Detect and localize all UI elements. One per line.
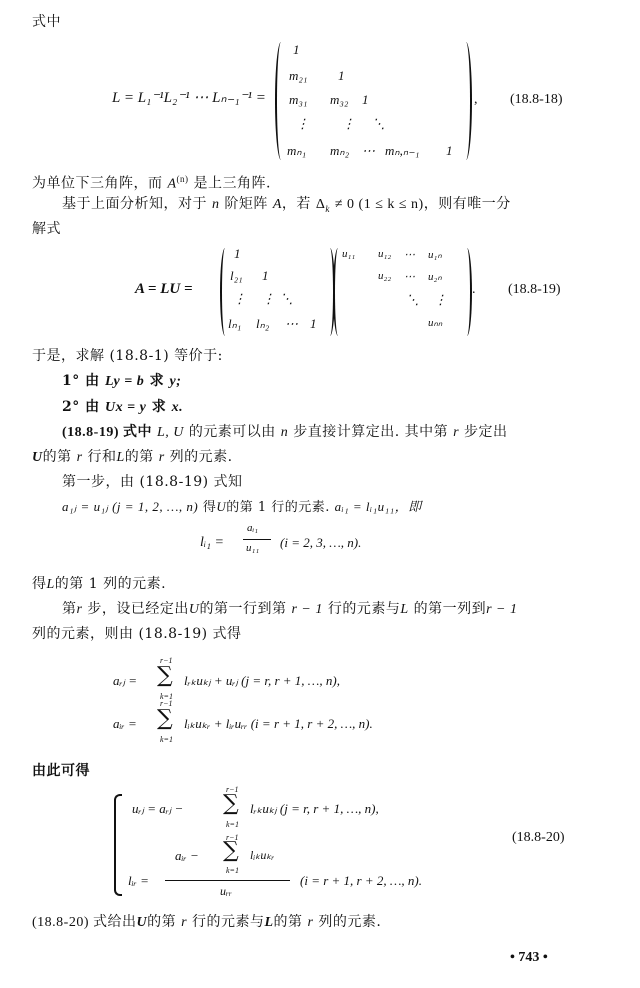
sum-symbol: ∑ [223,791,239,816]
fraction-denominator: u₁₁ [246,542,259,554]
math: L [47,577,55,592]
text: 2° 由 [62,399,100,415]
matrix-cell: lₙ₁ [228,316,241,332]
matrix-cell: 1 [293,42,300,58]
sum-symbol: ∑ [157,706,173,731]
math: r − 1 [291,602,322,617]
matrix-cell: ⋱ [372,116,385,132]
matrix-cell: u₂ₙ [428,270,442,283]
math: U [189,602,200,617]
matrix-cell: m₃₂ [330,92,348,108]
text: 的第 1 列的元素. [55,576,166,592]
equation-rhs: lᵣₖuₖⱼ (j = r, r + 1, …, n), [250,801,379,817]
text-line: 2° 由 Ux = y 求 x. [62,398,183,417]
matrix-cell: m₂₁ [289,68,307,84]
fraction-bar [243,539,271,540]
text: 得 [203,500,217,515]
matrix-cell: ⋯ [285,316,298,332]
math: n [281,425,289,440]
math: L [116,450,124,465]
equation-lhs: lᵢᵣ = [128,873,149,889]
text: 的第一列到 [414,601,487,617]
text: 行和 [87,449,116,465]
math: Ux = y [105,400,146,415]
text: 的第 [147,914,176,930]
text: 为单位下三角阵，而 [32,176,163,192]
text: 行的元素与 [328,601,401,617]
matrix-cell: 1 [362,92,369,108]
text-line: 式中 [32,13,61,31]
text: 行的元素与 [192,914,265,930]
text: 基于上面分析知，对于 [62,196,207,212]
text-line: (18.8-19) 式中 L, U 的元素可以由 n 步直接计算定出. 其中第 … [62,423,507,442]
text-line: 基于上面分析知，对于 n 阶矩阵 A，若 Δk ≠ 0 (1 ≤ k ≤ n)，… [62,195,511,218]
math: x. [172,400,184,415]
equation-lhs: uᵣⱼ = aᵣⱼ − [132,801,183,817]
text: 求 [152,399,167,415]
matrix-cell: ⋮ [296,116,309,132]
math: U [137,915,148,930]
matrix-cell: u₁ₙ [428,248,442,261]
text-line: 第r 步，设已经定出U的第一行到第 r − 1 行的元素与L 的第一列到r − … [62,600,518,619]
page-number: • 743 • [510,950,548,966]
matrix-cell: uₙₙ [428,316,442,329]
text: 阶矩阵 [224,196,268,212]
text-line: 由此可得 [32,762,90,780]
text-line: 1° 由 Ly = b 求 y; [62,372,181,391]
text-line: 解式 [32,220,61,238]
text-line: (18.8-20) 式给出U的第 r 行的元素与L的第 r 列的元素. [32,913,381,932]
matrix-cell: ⋱ [280,291,293,307]
matrix-cell: ⋮ [434,292,447,308]
math: r [453,425,459,440]
text: ，若 [282,196,311,212]
sum-symbol: ∑ [157,663,173,688]
equation-condition: (i = 2, 3, …, n). [280,535,361,551]
sum-lower: k=1 [160,735,173,744]
math: r [77,602,83,617]
math: r [77,450,83,465]
fraction-bar [165,880,290,881]
matrix-cell: 1 [234,246,241,262]
math: r − 1 [486,602,517,617]
equation-lhs: lᵢ₁ = [200,535,224,551]
text: 的第 [274,914,303,930]
matrix-cell: ⋯ [404,248,415,261]
text: 的元素可以由 [189,424,276,440]
matrix-cell: 1 [338,68,345,84]
math: y; [169,374,181,389]
text: 求 [150,373,165,389]
math: A [167,177,176,192]
equation-rhs: lᵢₖuₖᵣ + lᵢᵣuᵣᵣ (i = r + 1, r + 2, …, n)… [184,716,373,732]
math: aᵢ₁ = lᵢ₁u₁₁，即 [335,499,422,514]
left-paren [333,248,343,336]
text-line: 于是，求解 (18.8-1) 等价于: [32,347,223,365]
matrix-cell: ⋯ [362,143,375,159]
text-line: 得L的第 1 列的元素. [32,575,166,594]
equation-rhs: lᵣₖuₖⱼ + uᵣⱼ (j = r, r + 1, …, n), [184,673,340,689]
equation-lhs: aᵣⱼ = [113,673,137,689]
equation-lhs: L = L₁⁻¹L₂⁻¹ ⋯ Lₙ₋₁⁻¹ = [112,88,266,107]
sum-symbol: ∑ [223,838,239,863]
left-brace [114,794,122,896]
matrix-cell: ⋱ [406,292,419,308]
text: 是上三角阵. [193,176,270,192]
math: L [264,915,273,930]
math: A [273,197,282,212]
text: 1° 由 [62,373,100,389]
matrix-cell: ⋮ [262,291,275,307]
matrix-cell: ⋮ [233,291,246,307]
math: n [212,197,220,212]
sum-lower: k=1 [226,820,239,829]
math: r [308,915,314,930]
matrix-cell: mₙ,ₙ₋₁ [385,143,419,159]
math: a₁ⱼ = u₁ⱼ (j = 1, 2, …, n) [62,499,198,514]
matrix-cell: ⋯ [404,270,415,283]
text: 的第 [43,449,72,465]
text: 得 [32,576,47,592]
equation-number: (18.8-20) [512,830,565,846]
equation-number: (18.8-19) [508,282,561,298]
text-line: a₁ⱼ = u₁ⱼ (j = 1, 2, …, n) 得U的第 1 行的元素. … [62,498,422,517]
text: 列的元素. [318,914,381,930]
math: (n) [177,174,189,184]
fraction-numerator: aᵢᵣ − [175,848,199,864]
matrix-cell: 1 [262,268,269,284]
equation-punct: . [472,282,476,298]
equation-lhs: A = LU = [135,281,193,298]
matrix-cell: m₃₁ [289,92,307,108]
text: 步定出 [464,424,508,440]
text: 步直接计算定出. 其中第 [293,424,448,440]
right-paren [462,248,472,336]
matrix-cell: l₂₁ [230,268,243,284]
text: 步，设已经定出 [87,601,189,617]
matrix-cell: u₂₂ [378,270,391,282]
equation-punct: , [474,92,478,108]
equation-number: (18.8-18) [510,92,563,108]
matrix-cell: 1 [446,143,453,159]
matrix-cell: mₙ₁ [287,143,306,159]
text: (18.8-20) 式给出 [32,915,137,930]
text-line: 列的元素，则由 (18.8-19) 式得 [32,625,242,643]
math: U [32,450,43,465]
text: 列的元素. [170,449,233,465]
math: L [400,602,408,617]
text: (18.8-19) 式中 [62,425,152,440]
math: Ly = b [105,374,144,389]
sum-lower: k=1 [226,866,239,875]
left-paren [275,42,287,160]
fraction-numerator: aᵢ₁ [247,522,258,534]
matrix-cell: u₁₂ [378,248,391,260]
text: 第 [62,601,77,617]
text: 的第 1 行的元素. [226,500,330,515]
matrix-cell: mₙ₂ [330,143,349,159]
right-paren [460,42,472,160]
fraction-numerator: lᵢₖuₖᵣ [250,848,274,863]
matrix-cell: u₁₁ [342,248,355,260]
math: r [181,915,187,930]
matrix-cell: 1 [310,316,317,332]
equation-condition: (i = r + 1, r + 2, …, n). [300,873,422,889]
text: 的第一行到第 [200,601,287,617]
fraction-denominator: uᵣᵣ [220,884,232,899]
math: k [325,204,330,214]
text: 的第 [125,449,154,465]
matrix-cell: ⋮ [342,116,355,132]
math: Δ [316,197,326,212]
text-line: U的第 r 行和L的第 r 列的元素. [32,448,233,467]
math: L, U [157,425,184,440]
equation-lhs: aᵢᵣ = [113,716,137,732]
math: ≠ 0 (1 ≤ k ≤ n)，则有唯一分 [335,197,511,212]
math: r [159,450,165,465]
text-line: 第一步，由 (18.8-19) 式知 [62,473,243,491]
text-line: 为单位下三角阵，而 A(n) 是上三角阵. [32,170,271,194]
math: U [216,499,226,514]
matrix-cell: lₙ₂ [256,316,269,332]
